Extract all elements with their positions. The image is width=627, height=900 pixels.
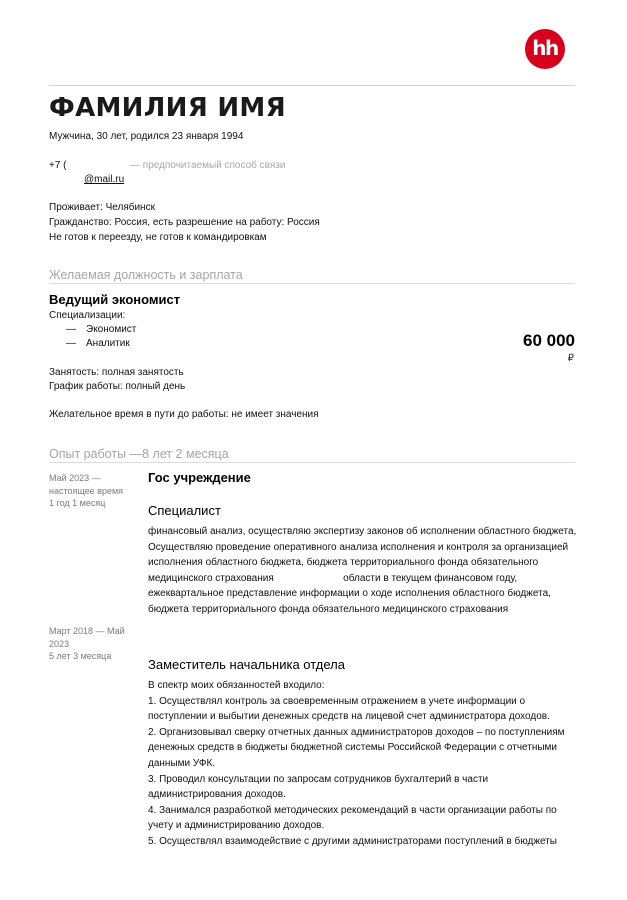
citizenship: Гражданство: Россия, есть разрешение на … xyxy=(49,216,320,230)
candidate-summary: Мужчина, 30 лет, родился 23 января 1994 xyxy=(49,130,243,144)
desired-section-title: Желаемая должность и зарплата xyxy=(49,268,243,282)
experience-section-title: Опыт работы —8 лет 2 месяца xyxy=(49,447,229,461)
specializations-label: Специализации: xyxy=(49,309,125,323)
job-duration: 5 лет 3 месяца xyxy=(49,650,111,663)
job-description: финансовый анализ, осуществляю экспертиз… xyxy=(148,524,588,618)
job-duration: 1 год 1 месяц xyxy=(49,497,105,510)
desired-section-divider xyxy=(49,283,575,284)
dash-bullet: — xyxy=(66,323,86,337)
phone-number[interactable]: +7 ( xyxy=(49,159,67,173)
job-period-start: Май 2023 — xyxy=(49,472,101,485)
email-link[interactable]: @mail.ru xyxy=(84,173,124,187)
experience-section-divider xyxy=(49,462,575,463)
job-company: Гос учреждение xyxy=(148,470,251,485)
phone-note: — предпочитаемый способ связи xyxy=(130,159,285,173)
dash-bullet: — xyxy=(66,337,86,351)
specialization-item: —Экономист xyxy=(66,323,136,337)
job-period-start: Март 2018 — Май xyxy=(49,625,125,638)
header-divider xyxy=(49,85,575,86)
commute-time: Желательное время в пути до работы: не и… xyxy=(49,408,319,422)
specialization-label: Аналитик xyxy=(86,338,130,349)
employment-type: Занятость: полная занятость xyxy=(49,366,184,380)
specialization-label: Экономист xyxy=(86,324,136,335)
ruble-icon: ₽ xyxy=(568,353,574,364)
relocation: Не готов к переезду, не готов к командир… xyxy=(49,231,267,245)
salary-amount: 60 000 xyxy=(523,331,575,351)
job-role: Заместитель начальника отдела xyxy=(148,657,345,672)
job-role: Специалист xyxy=(148,503,221,518)
specialization-item: —Аналитик xyxy=(66,337,130,351)
job-description: В спектр моих обязанностей входило: 1. О… xyxy=(148,678,588,850)
residence: Проживает: Челябинск xyxy=(49,201,155,215)
candidate-name: ФАМИЛИЯ ИМЯ xyxy=(49,93,286,123)
hh-logo: hh xyxy=(525,29,565,69)
desired-position: Ведущий экономист xyxy=(49,292,180,307)
work-schedule: График работы: полный день xyxy=(49,380,185,394)
